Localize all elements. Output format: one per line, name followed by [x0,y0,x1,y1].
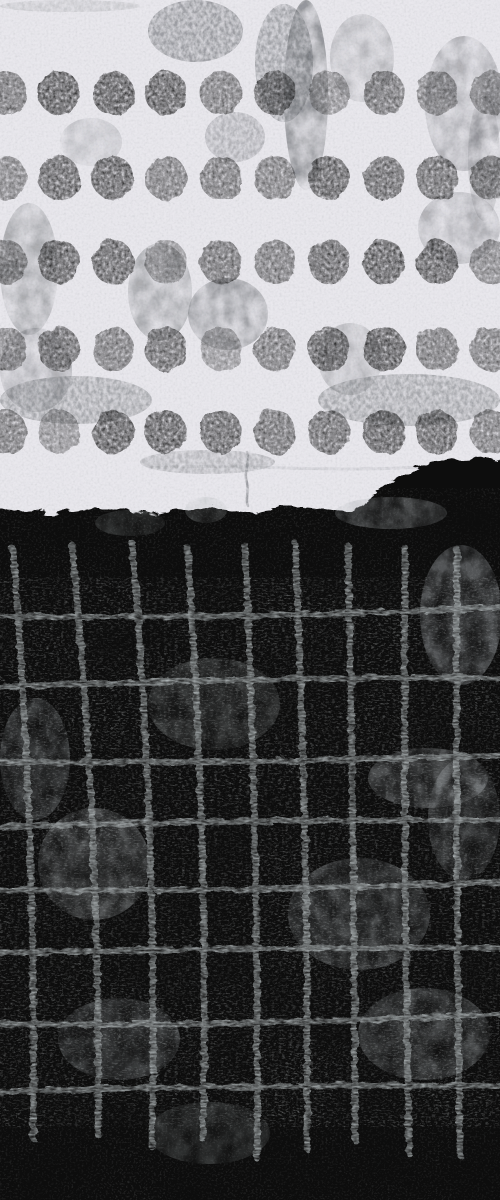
ink-dot [416,156,458,200]
ink-dot [200,156,242,200]
ink-dot [363,71,405,115]
ink-dot [416,410,458,454]
ink-dot [254,410,296,454]
ink-smudge-fine [140,450,275,474]
ink-dot [308,240,350,284]
light-patch [185,497,227,523]
ink-dot [38,240,80,284]
ink-dot [38,410,80,454]
ink-smudge-fine [0,0,140,12]
ink-dot [92,156,134,200]
ink-dot [38,71,80,115]
ink-dot [200,71,242,115]
ink-dot [92,327,134,371]
ink-dot [254,156,296,200]
ink-dot [38,327,80,371]
ink-dot [145,240,187,284]
ink-dot [200,327,242,371]
light-patch [335,497,447,529]
ink-smudge-fine [205,112,265,162]
ink-dot [363,327,405,371]
ink-dot [308,327,350,371]
grid-line-vertical [457,549,460,1155]
light-patch [148,658,280,750]
ink-dot [92,240,134,284]
light-patch [58,998,180,1080]
ink-dot [200,240,242,284]
ink-dot [254,240,296,284]
ink-dot [200,410,242,454]
ink-dot [308,71,350,115]
light-patch [0,698,70,820]
artwork-canvas [0,0,500,1200]
ink-dot [38,156,80,200]
ink-dot [416,240,458,284]
ink-dot [145,327,187,371]
ink-dot [145,410,187,454]
ink-dot [92,410,134,454]
ink-smudge-fine [148,0,243,62]
ink-dot [254,327,296,371]
ink-dot [145,156,187,200]
ink-dot [416,327,458,371]
ink-dot [92,71,134,115]
light-patch [148,1102,270,1164]
light-patch [95,510,165,536]
ink-dot [254,71,296,115]
light-patch [358,988,490,1080]
ink-smudge-fine [0,376,152,424]
ink-dot [308,410,350,454]
ink-dot [363,240,405,284]
ink-dot [363,410,405,454]
ink-dot [308,156,350,200]
ink-dot [363,156,405,200]
ink-dot [416,71,458,115]
artwork-photo [0,0,500,1200]
ink-dot [145,71,187,115]
